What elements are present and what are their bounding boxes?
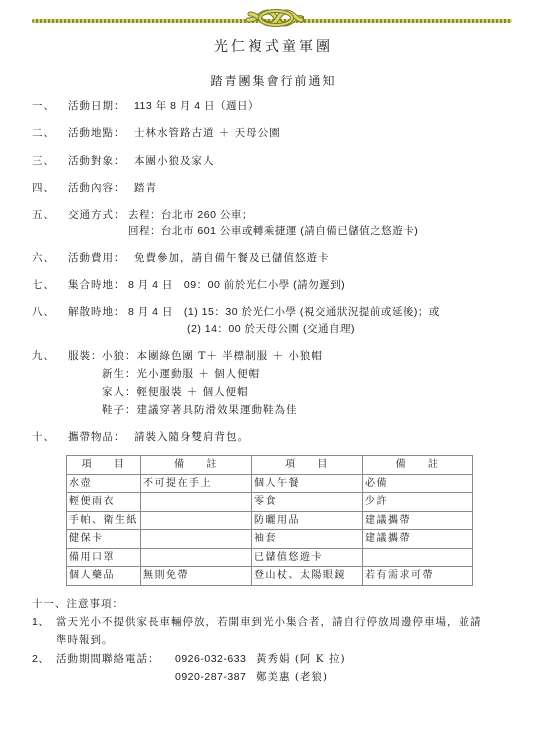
reef-knot-icon bbox=[246, 4, 304, 30]
item-value: 免費參加，請自備午餐及已儲值悠遊卡 bbox=[134, 251, 330, 265]
table-cell: 備用口罩 bbox=[67, 548, 141, 567]
page-subtitle: 踏青團集會行前通知 bbox=[0, 72, 547, 89]
page-title: 光仁複式童軍團 bbox=[0, 36, 547, 56]
item-value: 小狼：本團綠色團 T＋ 半標制服 ＋ 小狼帽 bbox=[102, 349, 323, 363]
table-row: 輕便雨衣 零食 少許 bbox=[67, 493, 473, 512]
table-cell: 防曬用品 bbox=[252, 511, 363, 530]
item-value: 113 年 8 月 4 日（週日） bbox=[134, 99, 259, 113]
item-value: 去程：台北市 260 公車； bbox=[128, 208, 253, 222]
table-cell: 登山杖、太陽眼鏡 bbox=[252, 567, 363, 586]
table-cell: 已儲值悠遊卡 bbox=[252, 548, 363, 567]
header-note: 備 註 bbox=[363, 456, 473, 475]
item-value-line-2: (2) 14：00 於天母公園 (交通自理) bbox=[187, 322, 355, 336]
item-value: 士林水管路古道 ＋ 天母公園 bbox=[134, 126, 281, 140]
item-label: 集合時地： bbox=[68, 278, 126, 292]
item-number: 一、 bbox=[32, 99, 55, 113]
table-row: 水壺 不可提在手上 個人午餐 必備 bbox=[67, 474, 473, 493]
note-text: 當天光小不提供家長車輛停放，若開車到光小集合者，請自行停放周邊停車場，並請 bbox=[56, 615, 482, 629]
item-label: 交通方式： bbox=[68, 208, 126, 222]
contact-phone: 0926-032-633 bbox=[175, 652, 246, 666]
table-cell bbox=[141, 548, 252, 567]
item-number: 七、 bbox=[32, 278, 55, 292]
table-row: 個人藥品 無則免帶 登山杖、太陽眼鏡 若有需求可帶 bbox=[67, 567, 473, 586]
item-value: 8 月 4 日 (1) 15：30 於光仁小學 (視交通狀況提前或延後)；或 bbox=[128, 305, 440, 319]
table-cell: 袖套 bbox=[252, 530, 363, 549]
item-number: 十、 bbox=[32, 430, 55, 444]
packing-list-table: 項 目 備 註 項 目 備 註 水壺 不可提在手上 個人午餐 必備 輕便雨衣 零… bbox=[66, 455, 473, 586]
table-cell: 若有需求可帶 bbox=[363, 567, 473, 586]
table-cell: 不可提在手上 bbox=[141, 474, 252, 493]
table-cell: 水壺 bbox=[67, 474, 141, 493]
item-number: 四、 bbox=[32, 181, 55, 195]
table-cell: 輕便雨衣 bbox=[67, 493, 141, 512]
table-cell: 建議攜帶 bbox=[363, 530, 473, 549]
item-value: 請裝入隨身雙肩背包。 bbox=[134, 430, 249, 444]
item-label: 攜帶物品： bbox=[68, 430, 126, 444]
item-label: 活動費用： bbox=[68, 251, 126, 265]
item-value-line-3: 家人：輕便服裝 ＋ 個人便帽 bbox=[102, 385, 249, 399]
note-text: 活動期間聯絡電話： bbox=[56, 652, 160, 666]
item-number: 六、 bbox=[32, 251, 55, 265]
notes-heading: 十一、注意事項： bbox=[32, 597, 124, 611]
table-row: 手帕、衛生紙 防曬用品 建議攜帶 bbox=[67, 511, 473, 530]
item-number: 九、 bbox=[32, 349, 55, 363]
note-text-line-2: 準時報到。 bbox=[56, 633, 114, 647]
item-value: 踏青 bbox=[134, 181, 157, 195]
item-label: 解散時地： bbox=[68, 305, 126, 319]
table-cell: 少許 bbox=[363, 493, 473, 512]
item-label: 服裝： bbox=[68, 349, 103, 363]
item-number: 八、 bbox=[32, 305, 55, 319]
item-label: 活動內容： bbox=[68, 181, 126, 195]
table-cell: 個人藥品 bbox=[67, 567, 141, 586]
table-header-row: 項 目 備 註 項 目 備 註 bbox=[67, 456, 473, 475]
table-cell bbox=[141, 530, 252, 549]
table-cell: 必備 bbox=[363, 474, 473, 493]
contact-name: 黃秀娟 (阿 K 拉) bbox=[256, 652, 346, 666]
contact-phone: 0920-287-387 bbox=[175, 670, 246, 684]
table-cell: 零食 bbox=[252, 493, 363, 512]
table-row: 健保卡 袖套 建議攜帶 bbox=[67, 530, 473, 549]
header-note: 備 註 bbox=[141, 456, 252, 475]
table-row: 備用口罩 已儲值悠遊卡 bbox=[67, 548, 473, 567]
item-number: 三、 bbox=[32, 154, 55, 168]
item-number: 二、 bbox=[32, 126, 55, 140]
item-number: 五、 bbox=[32, 208, 55, 222]
item-label: 活動地點： bbox=[68, 126, 126, 140]
item-value-line-2: 新生：光小運動服 ＋ 個人便帽 bbox=[102, 367, 260, 381]
table-cell: 建議攜帶 bbox=[363, 511, 473, 530]
table-cell: 個人午餐 bbox=[252, 474, 363, 493]
item-value: 8 月 4 日 09：00 前於光仁小學 (請勿遲到) bbox=[128, 278, 345, 292]
note-number: 2、 bbox=[32, 652, 49, 666]
item-value-line-4: 鞋子：建議穿著具防滑效果運動鞋為佳 bbox=[102, 403, 298, 417]
item-label: 活動對象： bbox=[68, 154, 126, 168]
table-cell bbox=[363, 548, 473, 567]
contact-name: 鄭美惠 (老狼) bbox=[256, 670, 328, 684]
header-item: 項 目 bbox=[252, 456, 363, 475]
table-cell: 手帕、衛生紙 bbox=[67, 511, 141, 530]
table-cell bbox=[141, 493, 252, 512]
item-value-line-2: 回程：台北市 601 公車或轉乘捷運 (請自備已儲值之悠遊卡) bbox=[128, 224, 418, 238]
item-value: 本團小狼及家人 bbox=[134, 154, 215, 168]
table-cell bbox=[141, 511, 252, 530]
header-item: 項 目 bbox=[67, 456, 141, 475]
table-cell: 無則免帶 bbox=[141, 567, 252, 586]
item-label: 活動日期： bbox=[68, 99, 126, 113]
note-number: 1、 bbox=[32, 615, 49, 629]
table-cell: 健保卡 bbox=[67, 530, 141, 549]
